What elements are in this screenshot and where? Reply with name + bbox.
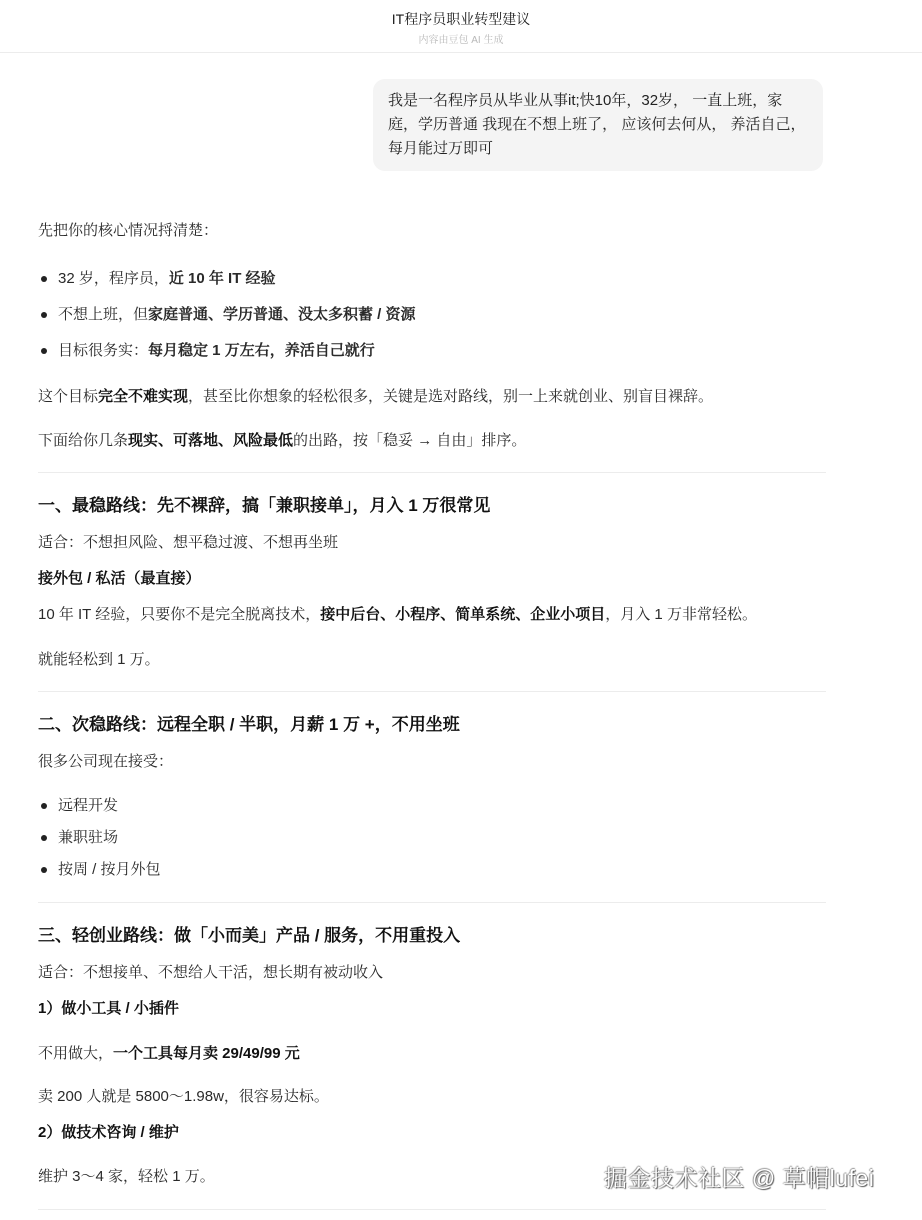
intro-text: 先把你的核心情况捋清楚： [38,220,218,242]
ai-generated-note: 内容由豆包 AI 生成 [0,31,922,46]
section-1-para: 10 年 IT 经验，只要你不是完全脱离技术，接中后台、小程序、简单系统、企业小… [38,604,757,626]
bullet-icon [41,348,47,354]
divider [38,902,826,903]
bullet-icon [41,276,47,282]
bullet-icon [41,867,47,873]
list-item: 按周 / 按月外包 [58,859,161,881]
watermark: 掘金技术社区 @ 草帽lufei [604,1160,874,1193]
section-3-sub2-para: 维护 3～4 家，轻松 1 万。 [38,1166,215,1188]
page-title: IT程序员职业转型建议 [0,9,922,29]
section-3-fit: 适合：不想接单、不想给人干活，想长期有被动收入 [38,962,383,984]
fact-item: 32 岁，程序员，近 10 年 IT 经验 [58,268,276,290]
fact-item: 目标很务实：每月稳定 1 万左右，养活自己就行 [58,340,375,362]
user-message-bubble: 我是一名程序员从毕业从事it;快10年，32岁， 一直上班，家庭，学历普通 我现… [373,79,823,171]
section-1-fit: 适合：不想担风险、想平稳过渡、不想再坐班 [38,532,338,554]
page-header: IT程序员职业转型建议 内容由豆包 AI 生成 [0,0,922,53]
bullet-icon [41,835,47,841]
section-3-sub2: 2）做技术咨询 / 维护 [38,1122,179,1144]
section-3-sub1: 1）做小工具 / 小插件 [38,998,179,1020]
bullet-icon [41,312,47,318]
section-2-intro: 很多公司现在接受： [38,751,173,773]
user-message-text: 我是一名程序员从毕业从事it;快10年，32岁， 一直上班，家庭，学历普通 我现… [388,92,806,157]
section-3-sub1-para1: 不用做大，一个工具每月卖 29/49/99 元 [38,1043,300,1065]
divider [38,472,826,473]
divider [38,1209,826,1210]
ordering-text: 下面给你几条现实、可落地、风险最低的出路，按「稳妥 → 自由」排序。 [38,430,526,452]
summary-text: 这个目标完全不难实现，甚至比你想象的轻松很多，关键是选对路线，别一上来就创业、别… [38,386,713,408]
fact-item: 不想上班，但家庭普通、学历普通、没太多积蓄 / 资源 [58,304,416,326]
section-1-subtitle: 接外包 / 私活（最直接） [38,568,201,590]
divider [38,691,826,692]
section-1-title: 一、最稳路线：先不裸辞，搞「兼职接单」，月入 1 万很常见 [38,494,490,518]
section-3-title: 三、轻创业路线：做「小而美」产品 / 服务，不用重投入 [38,924,460,948]
bullet-icon [41,803,47,809]
section-1-para2: 就能轻松到 1 万。 [38,649,160,671]
section-3-sub1-para2: 卖 200 人就是 5800～1.98w，很容易达标。 [38,1086,329,1108]
list-item: 远程开发 [58,795,118,817]
list-item: 兼职驻场 [58,827,118,849]
section-2-title: 二、次稳路线：远程全职 / 半职，月薪 1 万 +，不用坐班 [38,713,460,737]
